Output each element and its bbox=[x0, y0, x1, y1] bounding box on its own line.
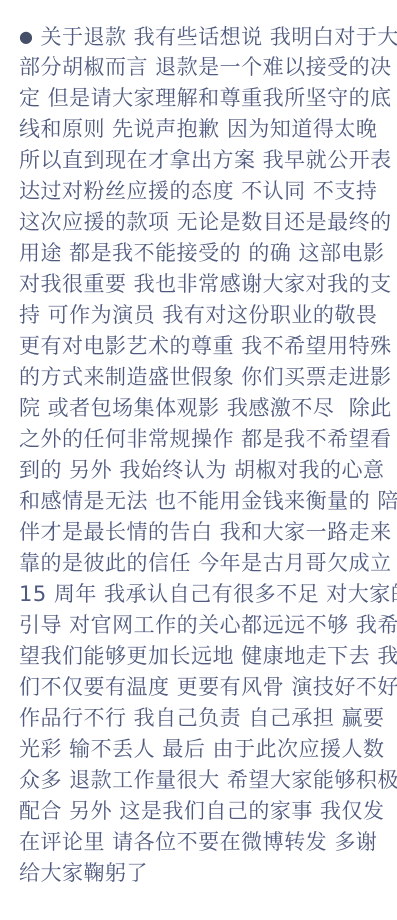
statement-line: 对我很重要 我也非常感谢大家对我的支 bbox=[19, 269, 381, 300]
statement-line: 线和原则 先说声抱歉 因为知道得太晚 bbox=[19, 114, 381, 145]
statement-line: 更有对电影艺术的尊重 我不希望用特殊 bbox=[19, 331, 381, 362]
statement-line: 定 但是请大家理解和尊重我所坚守的底 bbox=[19, 83, 381, 114]
statement-line: 配合 另外 这是我们自己的家事 我仅发 bbox=[19, 796, 381, 827]
statement-line: 光彩 输不丢人 最后 由于此次应援人数 bbox=[19, 734, 381, 765]
statement-line: 到的 另外 我始终认为 胡椒对我的心意 bbox=[19, 455, 381, 486]
statement-line: 的方式来制造盛世假象 你们买票走进影 bbox=[19, 362, 381, 393]
statement-line: 这次应援的款项 无论是数目还是最终的 bbox=[19, 207, 381, 238]
statement-line: 和感情是无法 也不能用金钱来衡量的 陪 bbox=[19, 486, 381, 517]
statement-line: 在评论里 请各位不要在微博转发 多谢 bbox=[19, 827, 381, 858]
statement-first-line: ●关于退款 我有些话想说 我明白对于大 bbox=[19, 21, 381, 52]
statement-line: 伴才是最长情的告白 我和大家一路走来 bbox=[19, 517, 381, 548]
statement-line: 之外的任何非常规操作 都是我不希望看 bbox=[19, 424, 381, 455]
statement-line: 院 或者包场集体观影 我感激不尽 除此 bbox=[19, 393, 381, 424]
bullet-icon: ● bbox=[19, 21, 33, 52]
statement-line: 引导 对官网工作的关心都远远不够 我希 bbox=[19, 610, 381, 641]
statement-line: 众多 退款工作量很大 希望大家能够积极 bbox=[19, 765, 381, 796]
statement-line: 部分胡椒而言 退款是一个难以接受的决 bbox=[19, 52, 381, 83]
statement-line: 所以直到现在才拿出方案 我早就公开表 bbox=[19, 145, 381, 176]
statement-line: 望我们能够更加长远地 健康地走下去 我 bbox=[19, 641, 381, 672]
statement-line: 持 可作为演员 我有对这份职业的敬畏 bbox=[19, 300, 381, 331]
statement-line: 15 周年 我承认自己有很多不足 对大家的 bbox=[19, 579, 381, 610]
statement-line: 达过对粉丝应援的态度 不认同 不支持 bbox=[19, 176, 381, 207]
statement-line: 用途 都是我不能接受的 的确 这部电影 bbox=[19, 238, 381, 269]
statement-line: 给大家鞠躬了 bbox=[19, 858, 381, 889]
statement-line: 靠的是彼此的信任 今年是古月哥欠成立 bbox=[19, 548, 381, 579]
statement-line: 们不仅要有温度 更要有风骨 演技好不好 bbox=[19, 672, 381, 703]
statement-line: 关于退款 我有些话想说 我明白对于大 bbox=[40, 25, 397, 49]
refund-statement: ●关于退款 我有些话想说 我明白对于大 部分胡椒而言 退款是一个难以接受的决定 … bbox=[19, 21, 381, 889]
statement-line: 作品行不行 我自己负责 自己承担 赢要 bbox=[19, 703, 381, 734]
